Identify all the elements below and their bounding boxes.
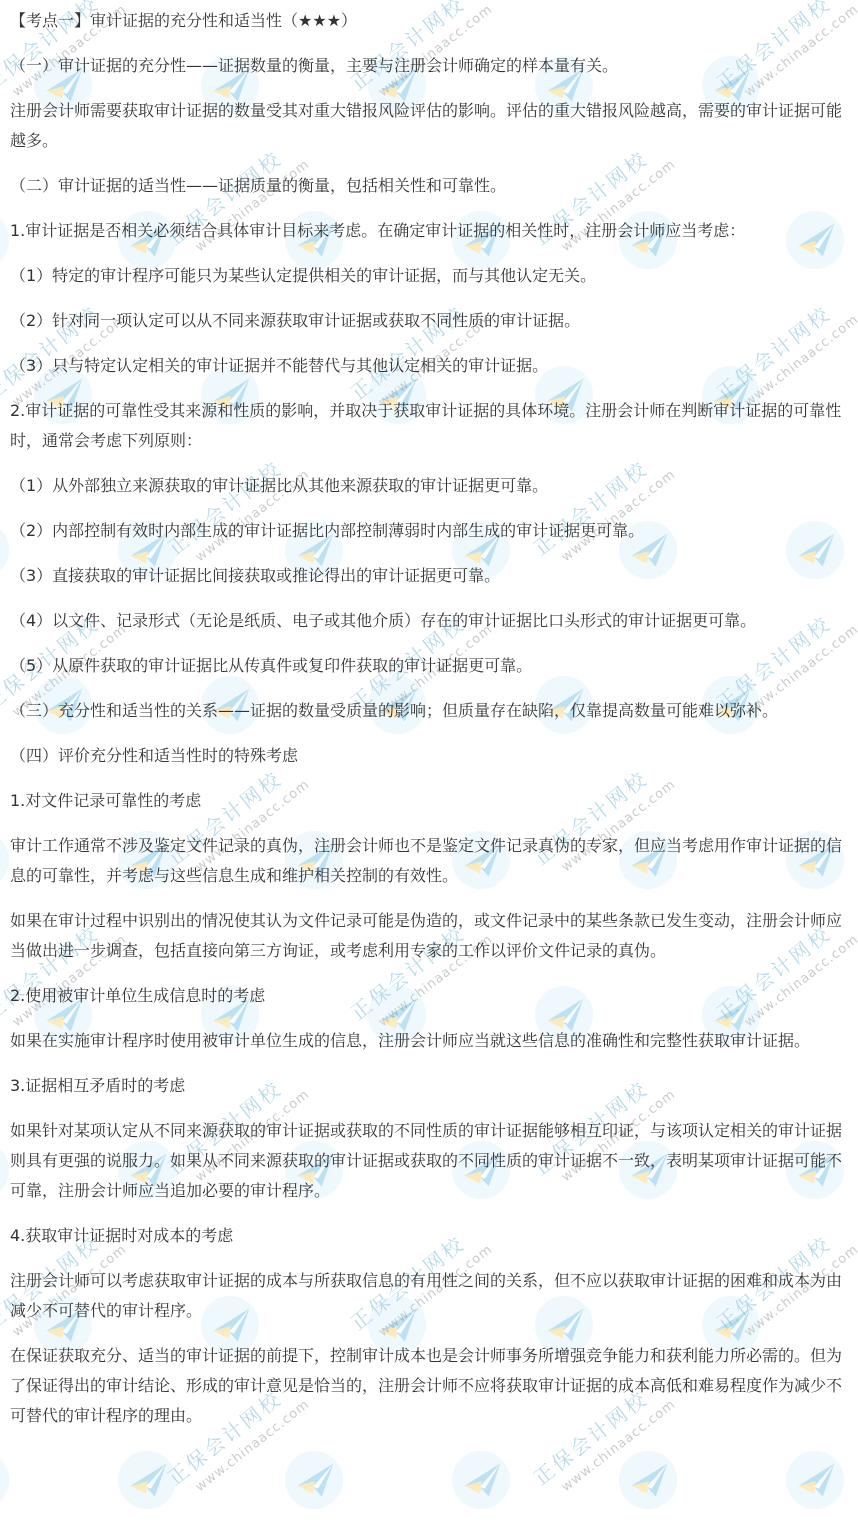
paragraph: （2）内部控制有效时内部生成的审计证据比内部控制薄弱时内部生成的审计证据更可靠。 (10, 516, 848, 546)
paragraph: 在保证获取充分、适当的审计证据的前提下，控制审计成本也是会计师事务所增强竞争能力… (10, 1341, 848, 1431)
paragraph: （一）审计证据的充分性——证据数量的衡量，主要与注册会计师确定的样本量有关。 (10, 51, 848, 81)
paragraph: （3）直接获取的审计证据比间接获取或推论得出的审计证据更可靠。 (10, 561, 848, 591)
paragraph: （四）评价充分性和适当性时的特殊考虑 (10, 741, 848, 771)
paragraph: （1）从外部独立来源获取的审计证据比从其他来源获取的审计证据更可靠。 (10, 471, 848, 501)
paragraph: 注册会计师需要获取审计证据的数量受其对重大错报风险评估的影响。评估的重大错报风险… (10, 96, 848, 156)
paragraph: （2）针对同一项认定可以从不同来源获取审计证据或获取不同性质的审计证据。 (10, 306, 848, 336)
paper-plane-circle-icon (450, 1449, 512, 1511)
paragraph: （三）充分性和适当性的关系——证据的数量受质量的影响；但质量存在缺陷，仅靠提高数… (10, 696, 848, 726)
page-title: 【考点一】审计证据的充分性和适当性（★★★） (10, 6, 848, 36)
paragraph: 注册会计师可以考虑获取审计证据的成本与所获取信息的有用性之间的关系，但不应以获取… (10, 1266, 848, 1326)
paragraph: 2.使用被审计单位生成信息时的考虑 (10, 981, 848, 1011)
paper-plane-circle-icon (784, 1449, 846, 1511)
paragraph: （4）以文件、记录形式（无论是纸质、电子或其他介质）存在的审计证据比口头形式的审… (10, 606, 848, 636)
document-content: 【考点一】审计证据的充分性和适当性（★★★） （一）审计证据的充分性——证据数量… (0, 0, 858, 1431)
paragraph: 如果在实施审计程序时使用被审计单位生成的信息，注册会计师应当就这些信息的准确性和… (10, 1026, 848, 1056)
paragraph: 审计工作通常不涉及鉴定文件记录的真伪，注册会计师也不是鉴定文件记录真伪的专家，但… (10, 831, 848, 891)
paper-plane-circle-icon (617, 1449, 679, 1511)
paragraph: 如果在审计过程中识别出的情况使其认为文件记录可能是伪造的，或文件记录中的某些条款… (10, 906, 848, 966)
paper-plane-circle-icon (0, 1449, 11, 1511)
paper-plane-circle-icon (283, 1449, 345, 1511)
paragraph: 2.审计证据的可靠性受其来源和性质的影响，并取决于获取审计证据的具体环境。注册会… (10, 396, 848, 456)
paper-plane-circle-icon (116, 1449, 178, 1511)
paragraph: 3.证据相互矛盾时的考虑 (10, 1071, 848, 1101)
paragraph: （1）特定的审计程序可能只为某些认定提供相关的审计证据，而与其他认定无关。 (10, 261, 848, 291)
paragraph: （3）只与特定认定相关的审计证据并不能替代与其他认定相关的审计证据。 (10, 351, 848, 381)
paragraph: （二）审计证据的适当性——证据质量的衡量，包括相关性和可靠性。 (10, 171, 848, 201)
paragraph: 1.审计证据是否相关必须结合具体审计目标来考虑。在确定审计证据的相关性时，注册会… (10, 216, 848, 246)
paragraph: 4.获取审计证据时对成本的考虑 (10, 1221, 848, 1251)
paragraph: （5）从原件获取的审计证据比从传真件或复印件获取的审计证据更可靠。 (10, 651, 848, 681)
paragraph: 1.对文件记录可靠性的考虑 (10, 786, 848, 816)
paragraph: 如果针对某项认定从不同来源获取的审计证据或获取的不同性质的审计证据能够相互印证，… (10, 1116, 848, 1206)
document-page: 正保会计网校 www.chinaacc.com 正保会计网校 www.china… (0, 0, 858, 1527)
